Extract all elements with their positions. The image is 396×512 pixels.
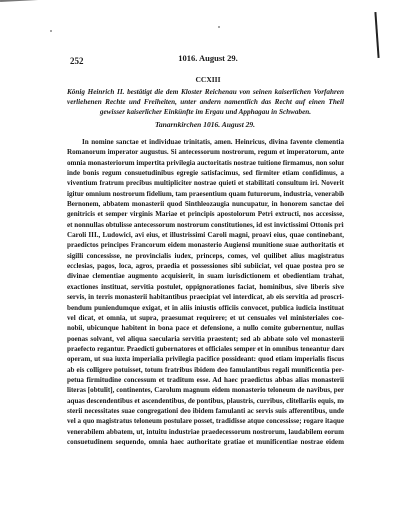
body-line: praedictos principes Francorum eidem mon… <box>67 240 344 250</box>
body-line: Caroli III., Ludowici, avi eius, et illu… <box>67 230 344 240</box>
body-line: aquas descendentibus et ascendentibus, d… <box>67 396 344 406</box>
document-summary: König Heinrich II. bestätigt die dem Klo… <box>67 87 344 117</box>
scan-speck <box>218 26 220 28</box>
body-line: viventium fratrum precibus multipliciter… <box>67 178 344 188</box>
body-line: vel dicat, et omnia, ut supra, praesumat… <box>67 313 344 323</box>
running-head: 1016. August 29. <box>0 53 396 63</box>
scan-speck <box>50 30 52 32</box>
body-line: sterii necessitates suae congregationi d… <box>67 406 344 416</box>
body-line: petua firmitudine concessum et traditum … <box>67 375 344 385</box>
body-line: servis, in terris monasterii habitantibu… <box>67 292 344 302</box>
body-line: Romanorum imperator augustus. Si anteces… <box>67 147 344 157</box>
body-line: et nonnullas obtulisse antecessorum nost… <box>67 220 344 230</box>
body-line: ecclesias, pagos, loca, agros, praedia e… <box>67 261 344 271</box>
body-line: nobii, ubicunque habitent in bona pace e… <box>67 323 344 333</box>
body-line: genitricis et semper virginis Mariae et … <box>67 209 344 219</box>
scan-artifact-right <box>374 12 379 58</box>
body-line: consuetudinem sequendo, omnia haec autho… <box>67 437 344 447</box>
body-line: divinae clementiae augmento acquisierit,… <box>67 271 344 281</box>
body-line: In nomine sanctae et individuae trinitat… <box>67 137 344 147</box>
body-line: venerabilem abbatem, ut, intuitu industr… <box>67 427 344 437</box>
body-line: operam, ut sua iuxta imperialia privileg… <box>67 354 344 364</box>
body-line: vel a quo magistratus teloneum postulare… <box>67 416 344 426</box>
dateline: Tanarnkirchen 1016. August 29. <box>0 120 396 129</box>
body-line: praefecto regantur. Praedicti gubernator… <box>67 344 344 354</box>
summary-line: gewisser kaiserlicher Einkünfte im Ergau… <box>67 107 344 117</box>
body-line: poenas solvant, vel aliqua saecularia se… <box>67 334 344 344</box>
body-text: In nomine sanctae et individuae trinitat… <box>67 137 344 447</box>
body-line: sigilli concessisse, ne provincialis iud… <box>67 251 344 261</box>
body-line: literas [obtulit], continentes, Carolum … <box>67 385 344 395</box>
body-line: bendum puniendumque exigat, et in aliis … <box>67 303 344 313</box>
body-line: ab eis colligere potuisset, totum fratri… <box>67 365 344 375</box>
body-line: inde bonis regum consuetudinibus egregie… <box>67 168 344 178</box>
body-line: igitur omnium nostrorum fidelium, tam pr… <box>67 189 344 199</box>
document-number: CCXIII <box>0 75 396 84</box>
scan-artifact-top <box>0 0 70 2</box>
body-line: omnia monasteriorum impertita privilegia… <box>67 158 344 168</box>
summary-line: König Heinrich II. bestätigt die dem Klo… <box>67 87 344 97</box>
body-line: exactiones instituat, servitia postulet,… <box>67 282 344 292</box>
summary-line: verliehenen Rechte und Freiheiten, unter… <box>67 97 344 107</box>
body-line: Bernonem, abbatem monasterii quod Sinthl… <box>67 199 344 209</box>
